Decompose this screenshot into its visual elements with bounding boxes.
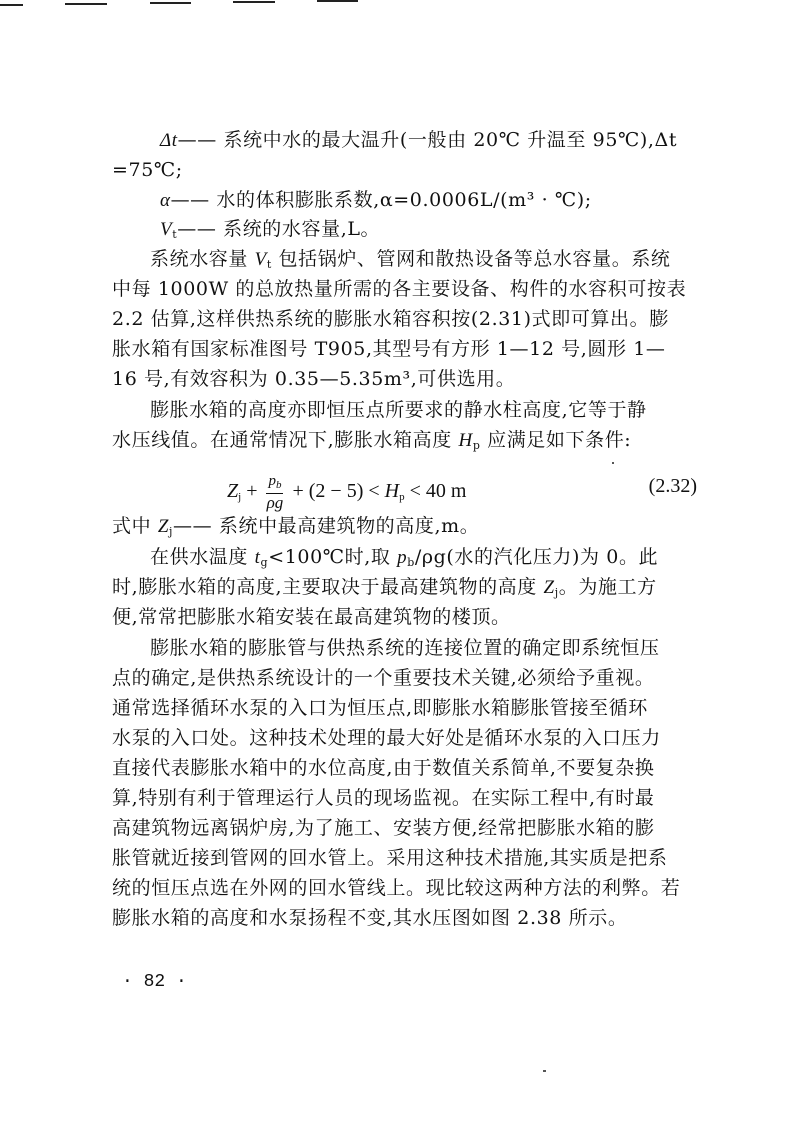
text: —— 系统中最高建筑物的高度,m。: [173, 515, 479, 537]
paragraph-line: 水泵的入口处。这种技术处理的最大好处是循环水泵的入口压力: [112, 726, 661, 750]
text: 膨胀水箱的高度亦即恒压点所要求的静水柱高度,它等于静: [150, 399, 647, 421]
var-z: Z: [544, 577, 555, 598]
var-p: p: [397, 547, 407, 568]
var-delta-t: Δt: [160, 130, 178, 151]
paragraph-line: 便,常常把膨胀水箱安装在最高建筑物的楼顶。: [112, 605, 511, 629]
paragraph-line: 胀水箱有国家标准图号 T905,其型号有方形 1—12 号,圆形 1—: [112, 337, 666, 361]
text: 胀管就近接到管网的回水管上。采用这种技术措施,其实质是把系: [112, 847, 667, 869]
text: 高建筑物远离锅炉房,为了施工、安装方便,经常把膨胀水箱的膨: [112, 817, 654, 839]
definition-alpha: α—— 水的体积膨胀系数,α=0.0006L/(m³ · ℃);: [160, 188, 592, 213]
denominator: ρg: [266, 494, 283, 512]
text: 包括锅炉、管网和散热设备等总水容量。系统: [272, 248, 671, 270]
var-alpha: α: [160, 190, 171, 211]
page-number: · 82 ·: [122, 972, 187, 992]
subscript: b: [276, 479, 282, 491]
scan-speck: [543, 1070, 546, 1072]
scan-mark: [65, 3, 107, 5]
paragraph-line: 系统水容量 Vt 包括锅炉、管网和散热设备等总水容量。系统: [150, 247, 671, 277]
text: < 40 m: [405, 480, 467, 502]
scan-mark: [0, 4, 23, 6]
equation-2-32: Zj + pbρg + (2 − 5) < Hp < 40 m (2.32): [227, 463, 697, 513]
paragraph-line: 统的恒压点选在外网的回水管线上。现比较这两种方法的利弊。若: [112, 876, 680, 900]
paragraph-line: 通常选择循环水泵的入口为恒压点,即膨胀水箱膨胀管接至循环: [112, 696, 648, 720]
text: 16 号,有效容积为 0.35—5.35m³,可供选用。: [112, 368, 515, 390]
text: 在供水温度: [150, 546, 255, 568]
text: 便,常常把膨胀水箱安装在最高建筑物的楼顶。: [112, 606, 511, 628]
scan-mark: [150, 2, 191, 4]
text: 。为施工方: [559, 576, 657, 598]
var-h: H: [458, 430, 472, 451]
text-line: =75℃;: [112, 158, 183, 182]
scan-speck: [612, 462, 614, 464]
text: 统的恒压点选在外网的回水管线上。现比较这两种方法的利弊。若: [112, 877, 680, 899]
paragraph-line: 膨胀水箱的膨胀管与供热系统的连接位置的确定即系统恒压: [150, 636, 660, 660]
paragraph-line: 点的确定,是供热系统设计的一个重要技术关键,必须给予重视。: [112, 666, 654, 690]
text: 膨胀水箱的高度和水泵扬程不变,其水压图如图 2.38 所示。: [112, 907, 627, 929]
paragraph-line: 2.2 估算,这样供热系统的膨胀水箱容积按(2.31)式即可算出。膨: [112, 307, 669, 331]
definition-zj: 式中 Zj—— 系统中最高建筑物的高度,m。: [112, 514, 479, 544]
text: —— 系统的水容量,L。: [177, 218, 380, 240]
var-v: V: [255, 249, 267, 270]
var-h: H: [385, 480, 399, 502]
text: 中每 1000W 的总放热量所需的各主要设备、构件的水容积可按表: [112, 278, 686, 300]
equation-body: Zj + pbρg + (2 − 5) < Hp < 40 m: [227, 473, 466, 512]
paragraph-line: 中每 1000W 的总放热量所需的各主要设备、构件的水容积可按表: [112, 277, 686, 301]
text: 算,特别有利于管理运行人员的现场监视。在实际工程中,有时最: [112, 787, 654, 809]
text: 水泵的入口处。这种技术处理的最大好处是循环水泵的入口压力: [112, 727, 661, 749]
scan-mark: [233, 1, 275, 3]
text: 时,膨胀水箱的高度,主要取决于最高建筑物的高度: [112, 576, 544, 598]
text: 式中: [112, 515, 158, 537]
paragraph-line: 算,特别有利于管理运行人员的现场监视。在实际工程中,有时最: [112, 786, 654, 810]
fraction: pbρg: [266, 473, 283, 512]
paragraph-line: 高建筑物远离锅炉房,为了施工、安装方便,经常把膨胀水箱的膨: [112, 816, 654, 840]
scan-mark: [317, 0, 358, 2]
text: 水压线值。在通常情况下,膨胀水箱高度: [112, 429, 458, 451]
text: + (2 − 5) <: [287, 480, 384, 502]
paragraph-line: 直接代表膨胀水箱中的水位高度,由于数值关系简单,不要复杂换: [112, 756, 654, 780]
paragraph-line: 16 号,有效容积为 0.35—5.35m³,可供选用。: [112, 367, 515, 391]
paragraph-line: 胀管就近接到管网的回水管上。采用这种技术措施,其实质是把系: [112, 846, 667, 870]
operator: +: [241, 480, 262, 502]
definition-delta-t: Δt—— 系统中水的最大温升(一般由 20℃ 升温至 95℃),Δt: [160, 128, 677, 153]
paragraph-line: 膨胀水箱的高度亦即恒压点所要求的静水柱高度,它等于静: [150, 398, 647, 422]
paragraph-line: 水压线值。在通常情况下,膨胀水箱高度 Hp 应满足如下条件:: [112, 428, 631, 458]
var-v: V: [160, 219, 172, 240]
text: 直接代表膨胀水箱中的水位高度,由于数值关系简单,不要复杂换: [112, 757, 654, 779]
text: —— 系统中水的最大温升(一般由 20℃ 升温至 95℃),Δt: [178, 129, 677, 151]
var-z: Z: [158, 516, 169, 537]
text: 点的确定,是供热系统设计的一个重要技术关键,必须给予重视。: [112, 667, 654, 689]
text: 应满足如下条件:: [480, 429, 631, 451]
text: 通常选择循环水泵的入口为恒压点,即膨胀水箱膨胀管接至循环: [112, 697, 648, 719]
text: <100℃时,取: [268, 546, 397, 568]
text: 系统水容量: [150, 248, 255, 270]
text: 胀水箱有国家标准图号 T905,其型号有方形 1—12 号,圆形 1—: [112, 338, 666, 360]
text: /ρg(水的汽化压力)为 0。此: [415, 546, 658, 568]
text: 膨胀水箱的膨胀管与供热系统的连接位置的确定即系统恒压: [150, 637, 660, 659]
numerator: pb: [266, 473, 283, 494]
var-z: Z: [227, 480, 238, 502]
text: —— 水的体积膨胀系数,α=0.0006L/(m³ · ℃);: [171, 189, 592, 211]
definition-vt: Vt—— 系统的水容量,L。: [160, 217, 380, 247]
paragraph-line: 在供水温度 tg<100℃时,取 pb/ρg(水的汽化压力)为 0。此: [150, 545, 658, 575]
text: =75℃;: [112, 159, 183, 181]
paragraph-line: 时,膨胀水箱的高度,主要取决于最高建筑物的高度 Zj。为施工方: [112, 575, 657, 605]
text: 2.2 估算,这样供热系统的膨胀水箱容积按(2.31)式即可算出。膨: [112, 308, 669, 330]
paragraph-line: 膨胀水箱的高度和水泵扬程不变,其水压图如图 2.38 所示。: [112, 906, 627, 930]
equation-number: (2.32): [649, 475, 697, 498]
subscript: b: [407, 556, 415, 569]
var-p: p: [268, 473, 276, 489]
